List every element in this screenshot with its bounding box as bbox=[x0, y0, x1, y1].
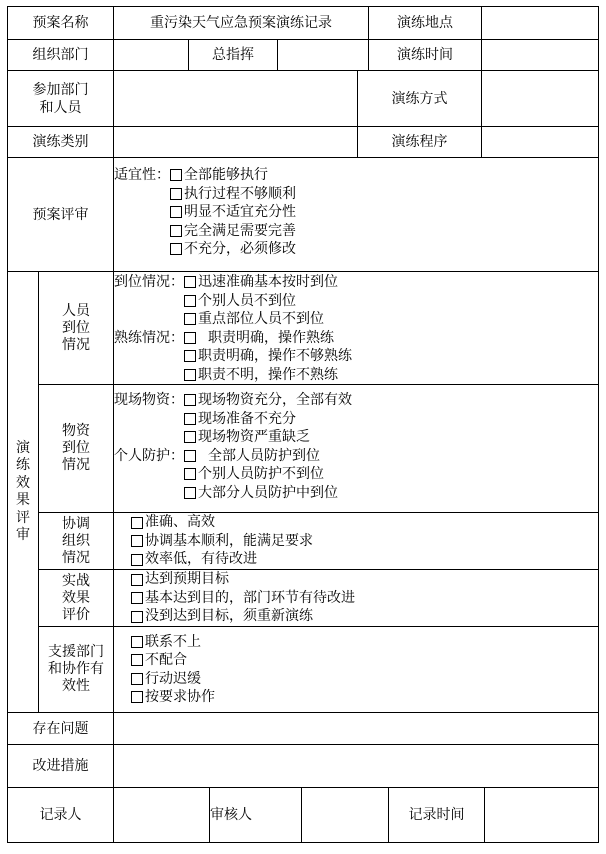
checkbox-icon[interactable] bbox=[184, 350, 196, 362]
actual-effect-option[interactable]: 达到预期目标 bbox=[131, 570, 355, 589]
onsite-materials-option[interactable]: 现场物资严重缺乏 bbox=[184, 428, 352, 447]
checkbox-icon[interactable] bbox=[131, 535, 143, 547]
checkbox-icon[interactable] bbox=[184, 332, 196, 344]
checkbox-icon[interactable] bbox=[131, 574, 143, 586]
checkbox-icon[interactable] bbox=[131, 517, 143, 529]
plan-name-value[interactable]: 重污染天气应急预案演练记录 bbox=[113, 6, 369, 40]
org-dept-value[interactable] bbox=[113, 39, 189, 71]
issues-value[interactable] bbox=[113, 712, 599, 745]
plan-review-option[interactable]: 执行过程不够顺利 bbox=[170, 185, 296, 204]
checkbox-icon[interactable] bbox=[131, 654, 143, 666]
support-option[interactable]: 按要求协作 bbox=[131, 688, 215, 707]
participants-label: 参加部门 和人员 bbox=[7, 70, 114, 127]
coordination-option[interactable]: 效率低，有待改进 bbox=[131, 550, 313, 569]
category-label: 演练类别 bbox=[7, 126, 114, 158]
suitability-label: 适宜性： bbox=[114, 166, 170, 185]
arrival-option[interactable]: 迅速准确基本按时到位 bbox=[184, 273, 338, 292]
checkbox-icon[interactable] bbox=[184, 295, 196, 307]
procedure-value[interactable] bbox=[481, 126, 599, 158]
checkbox-icon[interactable] bbox=[131, 611, 143, 623]
personnel-label: 人员 到位 情况 bbox=[38, 271, 114, 385]
support-depts-label: 支援部门 和协作有 效性 bbox=[38, 626, 114, 713]
support-option[interactable]: 行动迟缓 bbox=[131, 670, 215, 689]
actual-effect-option[interactable]: 基本达到目的，部门环节有待改进 bbox=[131, 589, 355, 608]
checkbox-icon[interactable] bbox=[131, 554, 143, 566]
time-label: 演练时间 bbox=[368, 39, 482, 71]
checkbox-icon[interactable] bbox=[184, 468, 196, 480]
arrival-option[interactable]: 个别人员不到位 bbox=[184, 292, 338, 311]
proficiency-label: 熟练情况： bbox=[114, 329, 184, 348]
plan-review-option[interactable]: 明显不适宜充分性 bbox=[170, 203, 296, 222]
onsite-materials-option[interactable]: 现场物资充分，全部有效 bbox=[184, 391, 352, 410]
plan-name-label: 预案名称 bbox=[7, 6, 114, 40]
plan-review-option[interactable]: 全部能够执行 bbox=[170, 166, 296, 185]
proficiency-option[interactable]: 职责不明，操作不熟练 bbox=[184, 366, 352, 385]
coordination-label: 协调 组织 情况 bbox=[38, 512, 114, 570]
location-value[interactable] bbox=[481, 6, 599, 40]
plan-review-options: 适宜性： 全部能够执行 执行过程不够顺利 明显不适宜充分性 完全满足需要完善 不… bbox=[113, 157, 599, 272]
commander-value[interactable] bbox=[277, 39, 369, 71]
checkbox-icon[interactable] bbox=[184, 431, 196, 443]
checkbox-icon[interactable] bbox=[170, 188, 182, 200]
checkbox-icon[interactable] bbox=[184, 369, 196, 381]
checkbox-icon[interactable] bbox=[184, 487, 196, 499]
org-dept-label: 组织部门 bbox=[7, 39, 114, 71]
coordination-option[interactable]: 准确、高效 bbox=[131, 513, 313, 532]
materials-options: 现场物资： 现场物资充分，全部有效 现场准备不充分 现场物资严重缺乏 个人防护：… bbox=[113, 384, 599, 513]
improvements-label: 改进措施 bbox=[7, 744, 114, 788]
effect-review-label: 演 练 效 果 评 审 bbox=[7, 271, 39, 713]
issues-label: 存在问题 bbox=[7, 712, 114, 745]
plan-review-label: 预案评审 bbox=[7, 157, 114, 272]
checkbox-icon[interactable] bbox=[184, 413, 196, 425]
time-value[interactable] bbox=[481, 39, 599, 71]
support-depts-options: 联系不上 不配合 行动迟缓 按要求协作 bbox=[113, 626, 599, 713]
procedure-label: 演练程序 bbox=[357, 126, 482, 158]
onsite-materials-label: 现场物资： bbox=[114, 391, 184, 410]
method-label: 演练方式 bbox=[357, 70, 482, 127]
location-label: 演练地点 bbox=[368, 6, 482, 40]
actual-effect-options: 达到预期目标 基本达到目的，部门环节有待改进 没到达到目标，须重新演练 bbox=[113, 569, 599, 627]
coordination-options: 准确、高效 协调基本顺利，能满足要求 效率低，有待改进 bbox=[113, 512, 599, 570]
plan-review-option[interactable]: 不充分，必须修改 bbox=[170, 240, 296, 259]
commander-label: 总指挥 bbox=[188, 39, 278, 71]
checkbox-icon[interactable] bbox=[184, 394, 196, 406]
category-value[interactable] bbox=[113, 126, 358, 158]
improvements-value[interactable] bbox=[113, 744, 599, 788]
drill-record-form: 预案名称 重污染天气应急预案演练记录 演练地点 组织部门 总指挥 演练时间 参加… bbox=[8, 7, 600, 843]
reviewer-label: 审核人 bbox=[209, 787, 302, 843]
actual-effect-option[interactable]: 没到达到目标，须重新演练 bbox=[131, 607, 355, 626]
checkbox-icon[interactable] bbox=[131, 636, 143, 648]
materials-label: 物资 到位 情况 bbox=[38, 384, 114, 513]
checkbox-icon[interactable] bbox=[131, 673, 143, 685]
checkbox-icon[interactable] bbox=[170, 206, 182, 218]
personnel-options: 到位情况： 迅速准确基本按时到位 个别人员不到位 重点部位人员不到位 熟练情况：… bbox=[113, 271, 599, 385]
arrival-label: 到位情况： bbox=[114, 273, 184, 292]
onsite-materials-option[interactable]: 现场准备不充分 bbox=[184, 410, 352, 429]
checkbox-icon[interactable] bbox=[184, 450, 196, 462]
support-option[interactable]: 不配合 bbox=[131, 651, 215, 670]
participants-value[interactable] bbox=[113, 70, 358, 127]
recorder-value[interactable] bbox=[113, 787, 210, 843]
checkbox-icon[interactable] bbox=[131, 691, 143, 703]
checkbox-icon[interactable] bbox=[184, 276, 196, 288]
checkbox-icon[interactable] bbox=[170, 225, 182, 237]
record-time-value[interactable] bbox=[484, 787, 599, 843]
proficiency-option[interactable]: 职责明确，操作不够熟练 bbox=[184, 347, 352, 366]
plan-review-option[interactable]: 完全满足需要完善 bbox=[170, 222, 296, 241]
recorder-label: 记录人 bbox=[7, 787, 114, 843]
reviewer-value[interactable] bbox=[301, 787, 389, 843]
personal-protection-option[interactable]: 大部分人员防护中到位 bbox=[184, 484, 338, 503]
coordination-option[interactable]: 协调基本顺利，能满足要求 bbox=[131, 532, 313, 551]
checkbox-icon[interactable] bbox=[131, 592, 143, 604]
personal-protection-option[interactable]: 个别人员防护不到位 bbox=[184, 465, 338, 484]
arrival-option[interactable]: 重点部位人员不到位 bbox=[184, 310, 338, 329]
checkbox-icon[interactable] bbox=[184, 313, 196, 325]
personal-protection-label: 个人防护： bbox=[114, 447, 184, 466]
method-value[interactable] bbox=[481, 70, 599, 127]
participants-label-line2: 和人员 bbox=[40, 99, 82, 117]
personal-protection-option[interactable]: 全部人员防护到位 bbox=[184, 447, 338, 466]
record-time-label: 记录时间 bbox=[388, 787, 485, 843]
actual-effect-label: 实战 效果 评价 bbox=[38, 569, 114, 627]
checkbox-icon[interactable] bbox=[170, 243, 182, 255]
checkbox-icon[interactable] bbox=[170, 169, 182, 181]
proficiency-option[interactable]: 职责明确，操作熟练 bbox=[184, 329, 352, 348]
support-option[interactable]: 联系不上 bbox=[131, 633, 215, 652]
participants-label-line1: 参加部门 bbox=[33, 81, 89, 99]
